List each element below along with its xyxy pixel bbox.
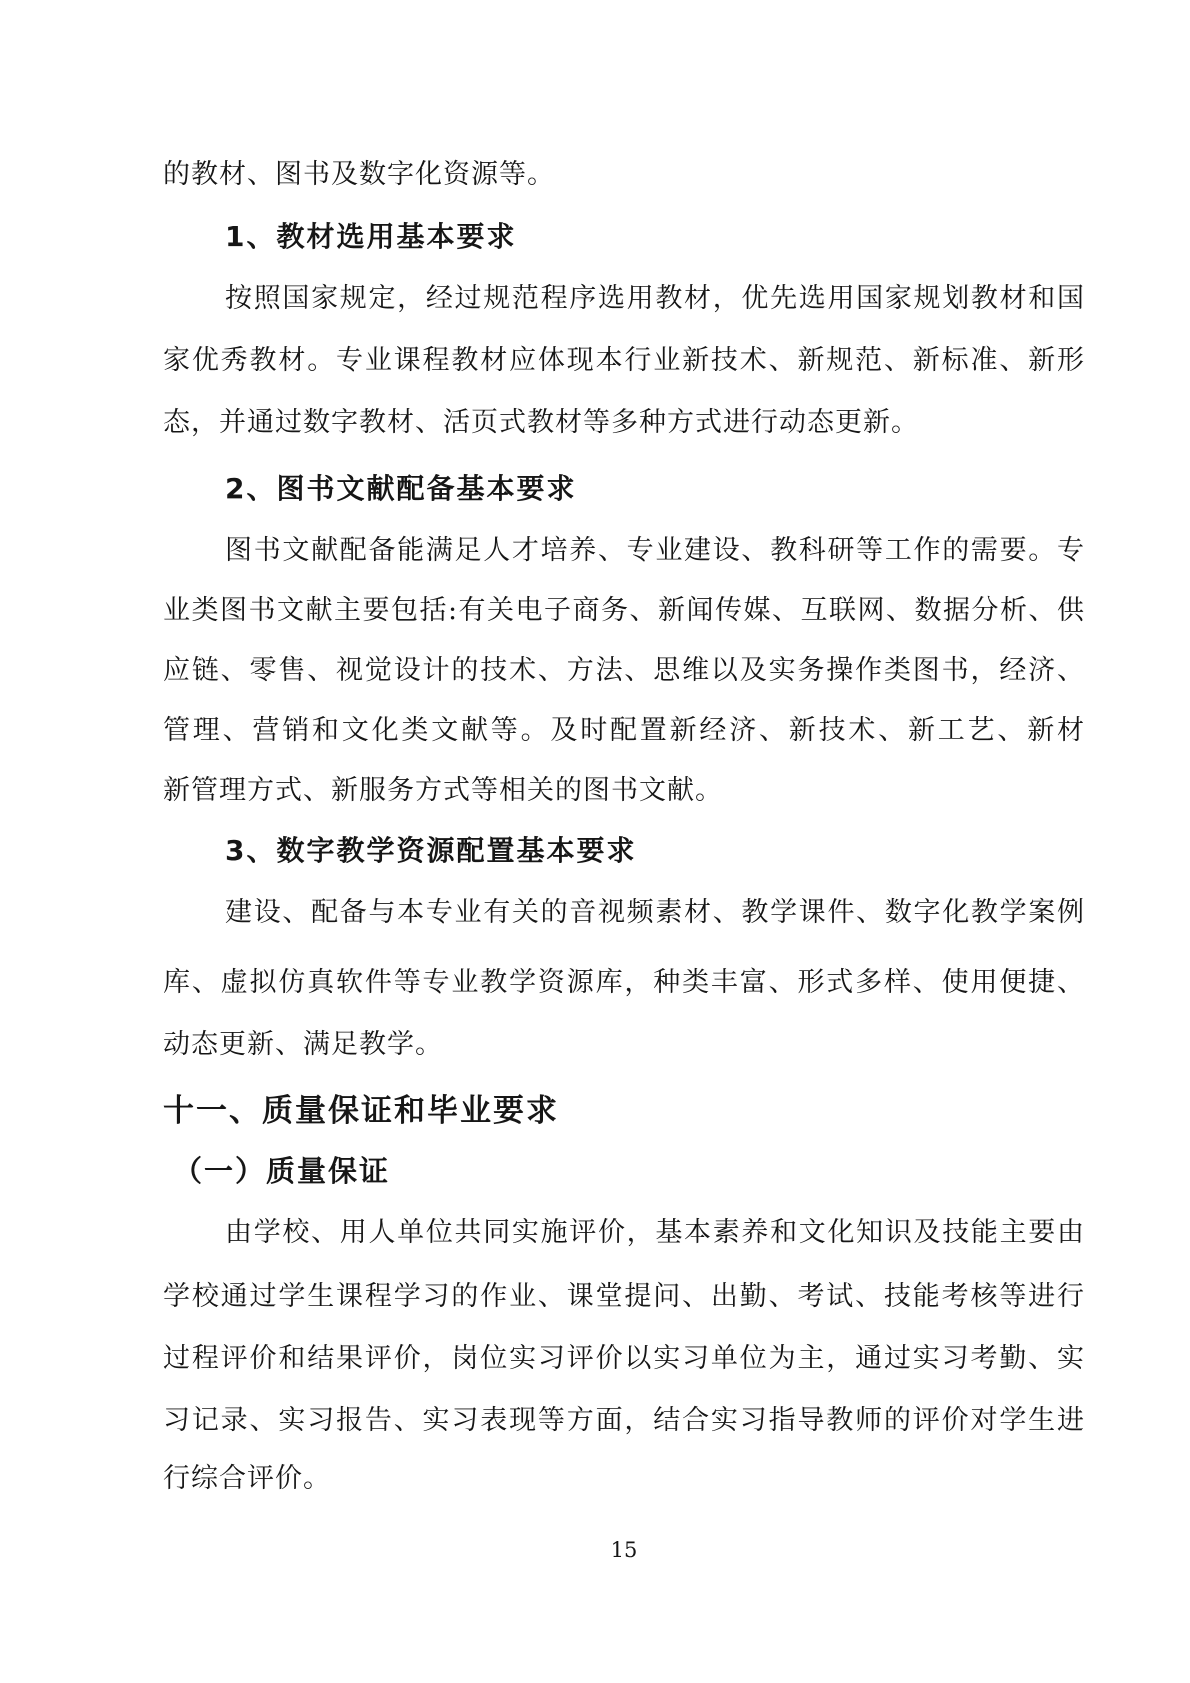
paragraph-line: 动态更新、满足教学。: [163, 1014, 1085, 1076]
paragraph-line: 新管理方式、新服务方式等相关的图书文献。: [163, 760, 1085, 822]
subsection-heading-3: 3、数字教学资源配置基本要求: [163, 820, 1085, 882]
subsection-heading-1: 1、教材选用基本要求: [163, 206, 1085, 268]
paragraph-line: 由学校、用人单位共同实施评价，基本素养和文化知识及技能主要由: [163, 1202, 1085, 1264]
page-number: 15: [163, 1535, 1085, 1565]
paragraph-line: 学校通过学生课程学习的作业、课堂提问、出勤、考试、技能考核等进行: [163, 1266, 1085, 1328]
paragraph-line: 习记录、实习报告、实习表现等方面，结合实习指导教师的评价对学生进: [163, 1390, 1085, 1452]
subsection-heading-2: 2、图书文献配备基本要求: [163, 458, 1085, 520]
paragraph-line: 图书文献配备能满足人才培养、专业建设、教科研等工作的需要。专: [163, 520, 1085, 582]
paragraph-line: 行综合评价。: [163, 1448, 1085, 1510]
document-page: 的教材、图书及数字化资源等。 1、教材选用基本要求 按照国家规定，经过规范程序选…: [0, 0, 1190, 1683]
body-text-line: 的教材、图书及数字化资源等。: [163, 144, 1085, 206]
paragraph-line: 应链、零售、视觉设计的技术、方法、思维以及实务操作类图书，经济、: [163, 640, 1085, 702]
paragraph-line: 库、虚拟仿真软件等专业教学资源库，种类丰富、形式多样、使用便捷、: [163, 952, 1085, 1014]
paragraph-line: 过程评价和结果评价，岗位实习评价以实习单位为主，通过实习考勤、实: [163, 1328, 1085, 1390]
section-heading-11: 十一、质量保证和毕业要求: [163, 1080, 1085, 1142]
paragraph-line: 态，并通过数字教材、活页式教材等多种方式进行动态更新。: [163, 392, 1085, 454]
paragraph-line: 家优秀教材。专业课程教材应体现本行业新技术、新规范、新标准、新形: [163, 330, 1085, 392]
paragraph-line: 业类图书文献主要包括:有关电子商务、新闻传媒、互联网、数据分析、供: [163, 580, 1085, 642]
subheading-quality-assurance: （一）质量保证: [163, 1140, 1085, 1202]
paragraph-line: 建设、配备与本专业有关的音视频素材、教学课件、数字化教学案例: [163, 882, 1085, 944]
paragraph-line: 按照国家规定，经过规范程序选用教材，优先选用国家规划教材和国: [163, 268, 1085, 330]
paragraph-line: 管理、营销和文化类文献等。及时配置新经济、新技术、新工艺、新材料、: [163, 700, 1085, 762]
